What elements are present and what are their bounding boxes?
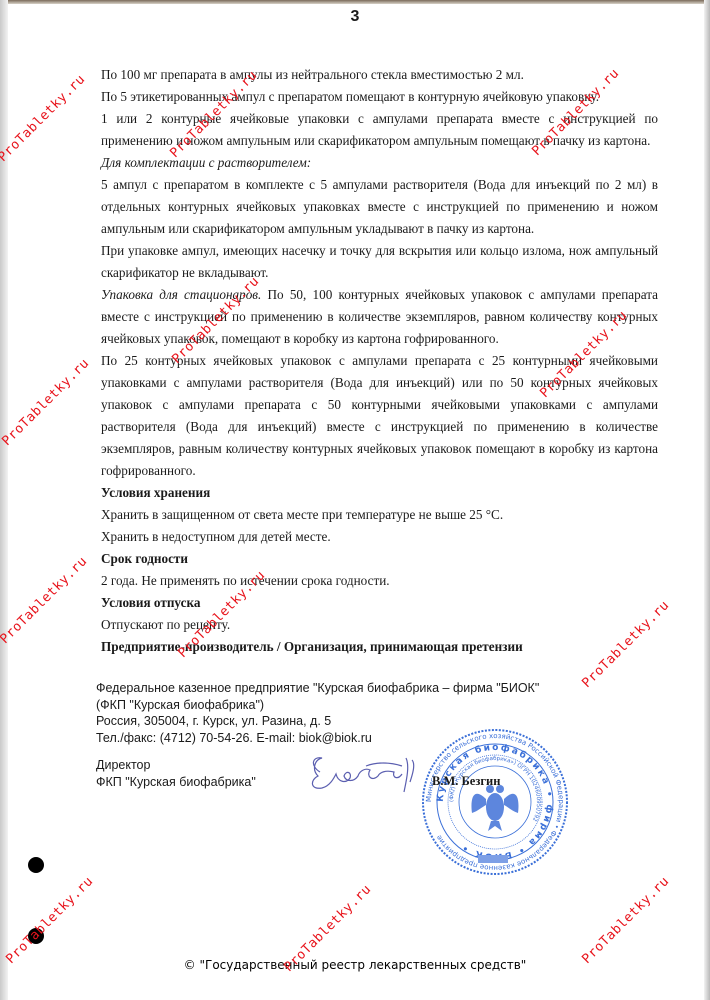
director-organization: ФКП "Курская биофабрика" (96, 774, 256, 791)
dispensing-heading: Условия отпуска (101, 592, 658, 614)
paragraph-line: При упаковке ампул, имеющих насечку и то… (101, 240, 658, 262)
hospital-packaging-line: Упаковка для стационаров. По 50, 100 кон… (101, 284, 658, 306)
paragraph-line: применению и ножом ампульным или скарифи… (101, 130, 658, 152)
paragraph-line: ячейковых упаковок, помещают в коробку и… (101, 328, 658, 350)
storage-heading: Условия хранения (101, 482, 658, 504)
paragraph-line: гофрированного. (101, 460, 658, 482)
manufacturer-heading: Предприятие-производитель / Организация,… (101, 636, 658, 658)
watermark-text: ProTabletky.ru (579, 874, 672, 967)
watermark-text: ProTabletky.ru (0, 554, 90, 647)
watermark-text: ProTabletky.ru (3, 874, 96, 967)
packaging-section: По 100 мг препарата в ампулы из нейтраль… (101, 64, 658, 284)
watermark-text: ProTabletky.ru (0, 356, 92, 449)
subsection-label: Для комплектации с растворителем: (101, 152, 658, 174)
hospital-packaging-label: Упаковка для стационаров. (101, 287, 261, 302)
paragraph-line: растворителя (Вода для инъекций) вместе … (101, 416, 658, 438)
punch-hole (28, 857, 44, 873)
official-stamp: Министерство сельского хозяйства Российс… (420, 727, 570, 877)
director-position: Директор (96, 757, 256, 774)
director-title: Директор ФКП "Курская биофабрика" (96, 757, 256, 790)
manufacturer-name: Федеральное казенное предприятие "Курска… (96, 680, 539, 697)
paragraph-line: 5 ампул с препаратом в комплекте с 5 амп… (101, 174, 658, 196)
paragraph-line: По 25 контурных ячейковых упаковок с амп… (101, 350, 658, 372)
manufacturer-short-name: (ФКП "Курская биофабрика") (96, 697, 539, 714)
shelf-life-text: 2 года. Не применять по истечении срока … (101, 570, 658, 592)
paragraph-line: отдельных контурных ячейковых упаковках … (101, 196, 658, 218)
shelf-life-heading: Срок годности (101, 548, 658, 570)
paragraph-line: экземпляров, равным количеству контурных… (101, 438, 658, 460)
paragraph-line: вместе с инструкцией по применению в кол… (101, 306, 658, 328)
scan-edge-right (704, 0, 710, 1000)
signer-name: В.М. Безгин (432, 774, 500, 789)
hospital-packaging-text: По 50, 100 контурных ячейковых упаковок … (261, 287, 658, 302)
eagle-emblem-icon (472, 785, 519, 831)
document-body: По 100 мг препарата в ампулы из нейтраль… (101, 64, 658, 658)
scan-edge-left (0, 0, 8, 1000)
paragraph-line: 1 или 2 контурные ячейковые упаковки с а… (101, 108, 658, 130)
paragraph-line: упаковок с ампулами препарата с 50 конту… (101, 394, 658, 416)
paragraph-line: ампульным или скарификатором ампульным у… (101, 218, 658, 240)
scan-edge-top (0, 0, 710, 4)
page-number: 3 (0, 8, 710, 26)
hospital-packaging-section: вместе с инструкцией по применению в кол… (101, 306, 658, 482)
paragraph-line: упаковками с ампулами растворителя (Вода… (101, 372, 658, 394)
dispensing-text: Отпускают по рецепту. (101, 614, 658, 636)
paragraph-line: По 100 мг препарата в ампулы из нейтраль… (101, 64, 658, 86)
storage-line: Хранить в защищенном от света месте при … (101, 504, 658, 526)
punch-hole (28, 928, 44, 944)
paragraph-line: скарификатор не вкладывают. (101, 262, 658, 284)
storage-line: Хранить в недоступном для детей месте. (101, 526, 658, 548)
handwritten-signature (306, 752, 426, 797)
paragraph-line: По 5 этикетированных ампул с препаратом … (101, 86, 658, 108)
watermark-text: ProTabletky.ru (0, 72, 88, 165)
copyright-footer: © "Государственный реестр лекарственных … (0, 958, 710, 972)
